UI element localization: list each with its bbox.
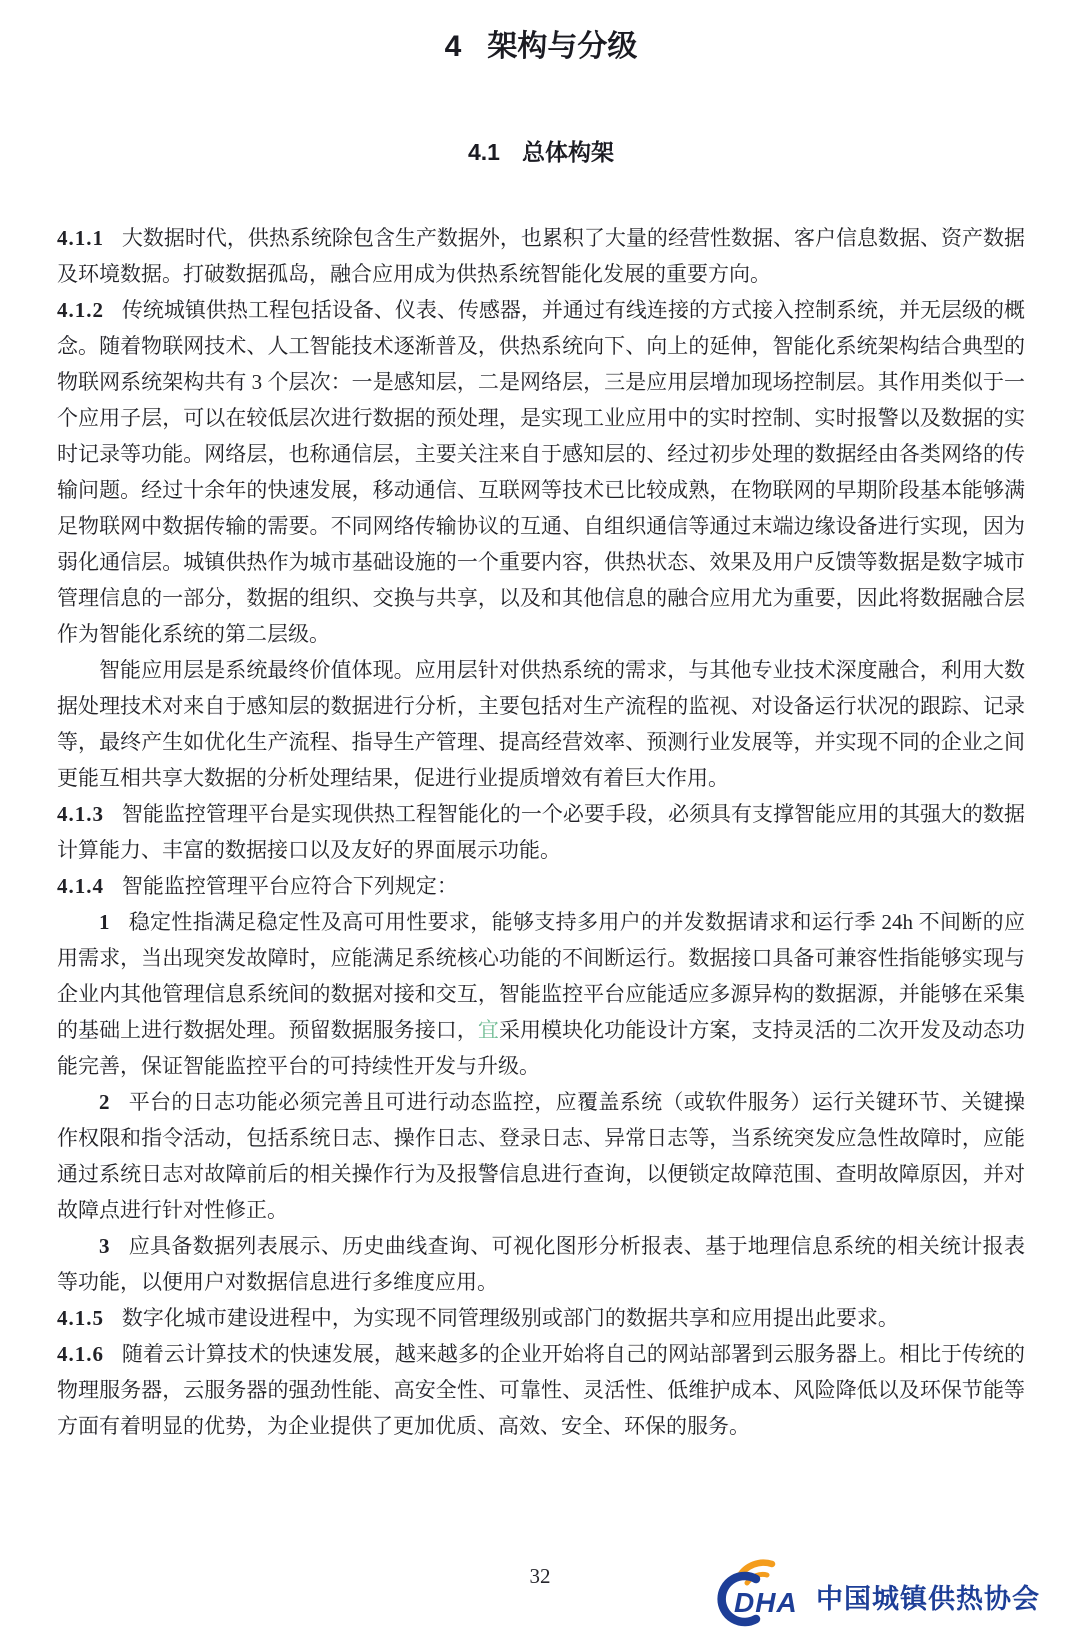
clause-label: 3 bbox=[99, 1234, 111, 1258]
clause-4.1.5: 4.1.5数字化城市建设进程中，为实现不同管理级别或部门的数据共享和应用提出此要… bbox=[57, 1300, 1025, 1336]
clause-3: 3应具备数据列表展示、历史曲线查询、可视化图形分析报表、基于地理信息系统的相关统… bbox=[57, 1228, 1025, 1300]
paragraph: 智能应用层是系统最终价值体现。应用层针对供热系统的需求，与其他专业技术深度融合，… bbox=[57, 652, 1025, 796]
clause-text: 平台的日志功能必须完善且可进行动态监控，应覆盖系统（或软件服务）运行关键环节、关… bbox=[57, 1090, 1025, 1222]
chapter-title: 架构与分级 bbox=[487, 30, 637, 63]
clause-text: 应具备数据列表展示、历史曲线查询、可视化图形分析报表、基于地理信息系统的相关统计… bbox=[57, 1234, 1025, 1294]
clause-label: 2 bbox=[99, 1090, 111, 1114]
chapter-heading: 4架构与分级 bbox=[57, 24, 1025, 70]
document-body: 4.1.1大数据时代，供热系统除包含生产数据外，也累积了大量的经营性数据、客户信… bbox=[57, 220, 1025, 1444]
logo-acronym: DHA bbox=[734, 1587, 798, 1618]
clause-text: 智能监控管理平台应符合下列规定： bbox=[122, 874, 458, 898]
clause-text: 随着云计算技术的快速发展，越来越多的企业开始将自己的网站部署到云服务器上。相比于… bbox=[57, 1342, 1025, 1438]
clause-label: 4.1.4 bbox=[57, 874, 104, 898]
dha-logo-icon: DHA bbox=[708, 1548, 808, 1628]
association-logo: DHA 中国城镇供热协会 bbox=[708, 1548, 1040, 1628]
document-page: 4架构与分级 4.1总体构架 4.1.1大数据时代，供热系统除包含生产数据外，也… bbox=[0, 0, 1080, 1635]
section-number: 4.1 bbox=[468, 139, 500, 165]
clause-label: 4.1.3 bbox=[57, 802, 104, 826]
section-heading: 4.1总体构架 bbox=[57, 134, 1025, 170]
clause-label: 1 bbox=[99, 910, 111, 934]
clause-label: 4.1.5 bbox=[57, 1306, 104, 1330]
clause-text: 智能监控管理平台是实现供热工程智能化的一个必要手段，必须具有支撑智能应用的其强大… bbox=[57, 802, 1025, 862]
clause-label: 4.1.1 bbox=[57, 226, 104, 250]
clause-4.1.4: 4.1.4智能监控管理平台应符合下列规定： bbox=[57, 868, 1025, 904]
clause-text: 传统城镇供热工程包括设备、仪表、传感器，并通过有线连接的方式接入控制系统，并无层… bbox=[57, 298, 1025, 646]
highlighted-term: 宜 bbox=[478, 1018, 499, 1042]
clause-4.1.3: 4.1.3智能监控管理平台是实现供热工程智能化的一个必要手段，必须具有支撑智能应… bbox=[57, 796, 1025, 868]
clause-4.1.6: 4.1.6随着云计算技术的快速发展，越来越多的企业开始将自己的网站部署到云服务器… bbox=[57, 1336, 1025, 1444]
page-footer: 32 DHA 中国城镇供热协会 bbox=[0, 1546, 1080, 1635]
org-name: 中国城镇供热协会 bbox=[816, 1564, 1040, 1613]
clause-text: 大数据时代，供热系统除包含生产数据外，也累积了大量的经营性数据、客户信息数据、资… bbox=[57, 226, 1025, 286]
clause-4.1.1: 4.1.1大数据时代，供热系统除包含生产数据外，也累积了大量的经营性数据、客户信… bbox=[57, 220, 1025, 292]
clause-2: 2平台的日志功能必须完善且可进行动态监控，应覆盖系统（或软件服务）运行关键环节、… bbox=[57, 1084, 1025, 1228]
clause-label: 4.1.2 bbox=[57, 298, 104, 322]
chapter-number: 4 bbox=[445, 30, 462, 63]
clause-text: 智能应用层是系统最终价值体现。应用层针对供热系统的需求，与其他专业技术深度融合，… bbox=[57, 658, 1025, 790]
clause-1: 1稳定性指满足稳定性及高可用性要求，能够支持多用户的并发数据请求和运行季 24h… bbox=[57, 904, 1025, 1084]
section-title: 总体构架 bbox=[522, 139, 614, 165]
clause-4.1.2: 4.1.2传统城镇供热工程包括设备、仪表、传感器，并通过有线连接的方式接入控制系… bbox=[57, 292, 1025, 652]
clause-label: 4.1.6 bbox=[57, 1342, 104, 1366]
clause-text: 数字化城市建设进程中，为实现不同管理级别或部门的数据共享和应用提出此要求。 bbox=[122, 1306, 899, 1330]
